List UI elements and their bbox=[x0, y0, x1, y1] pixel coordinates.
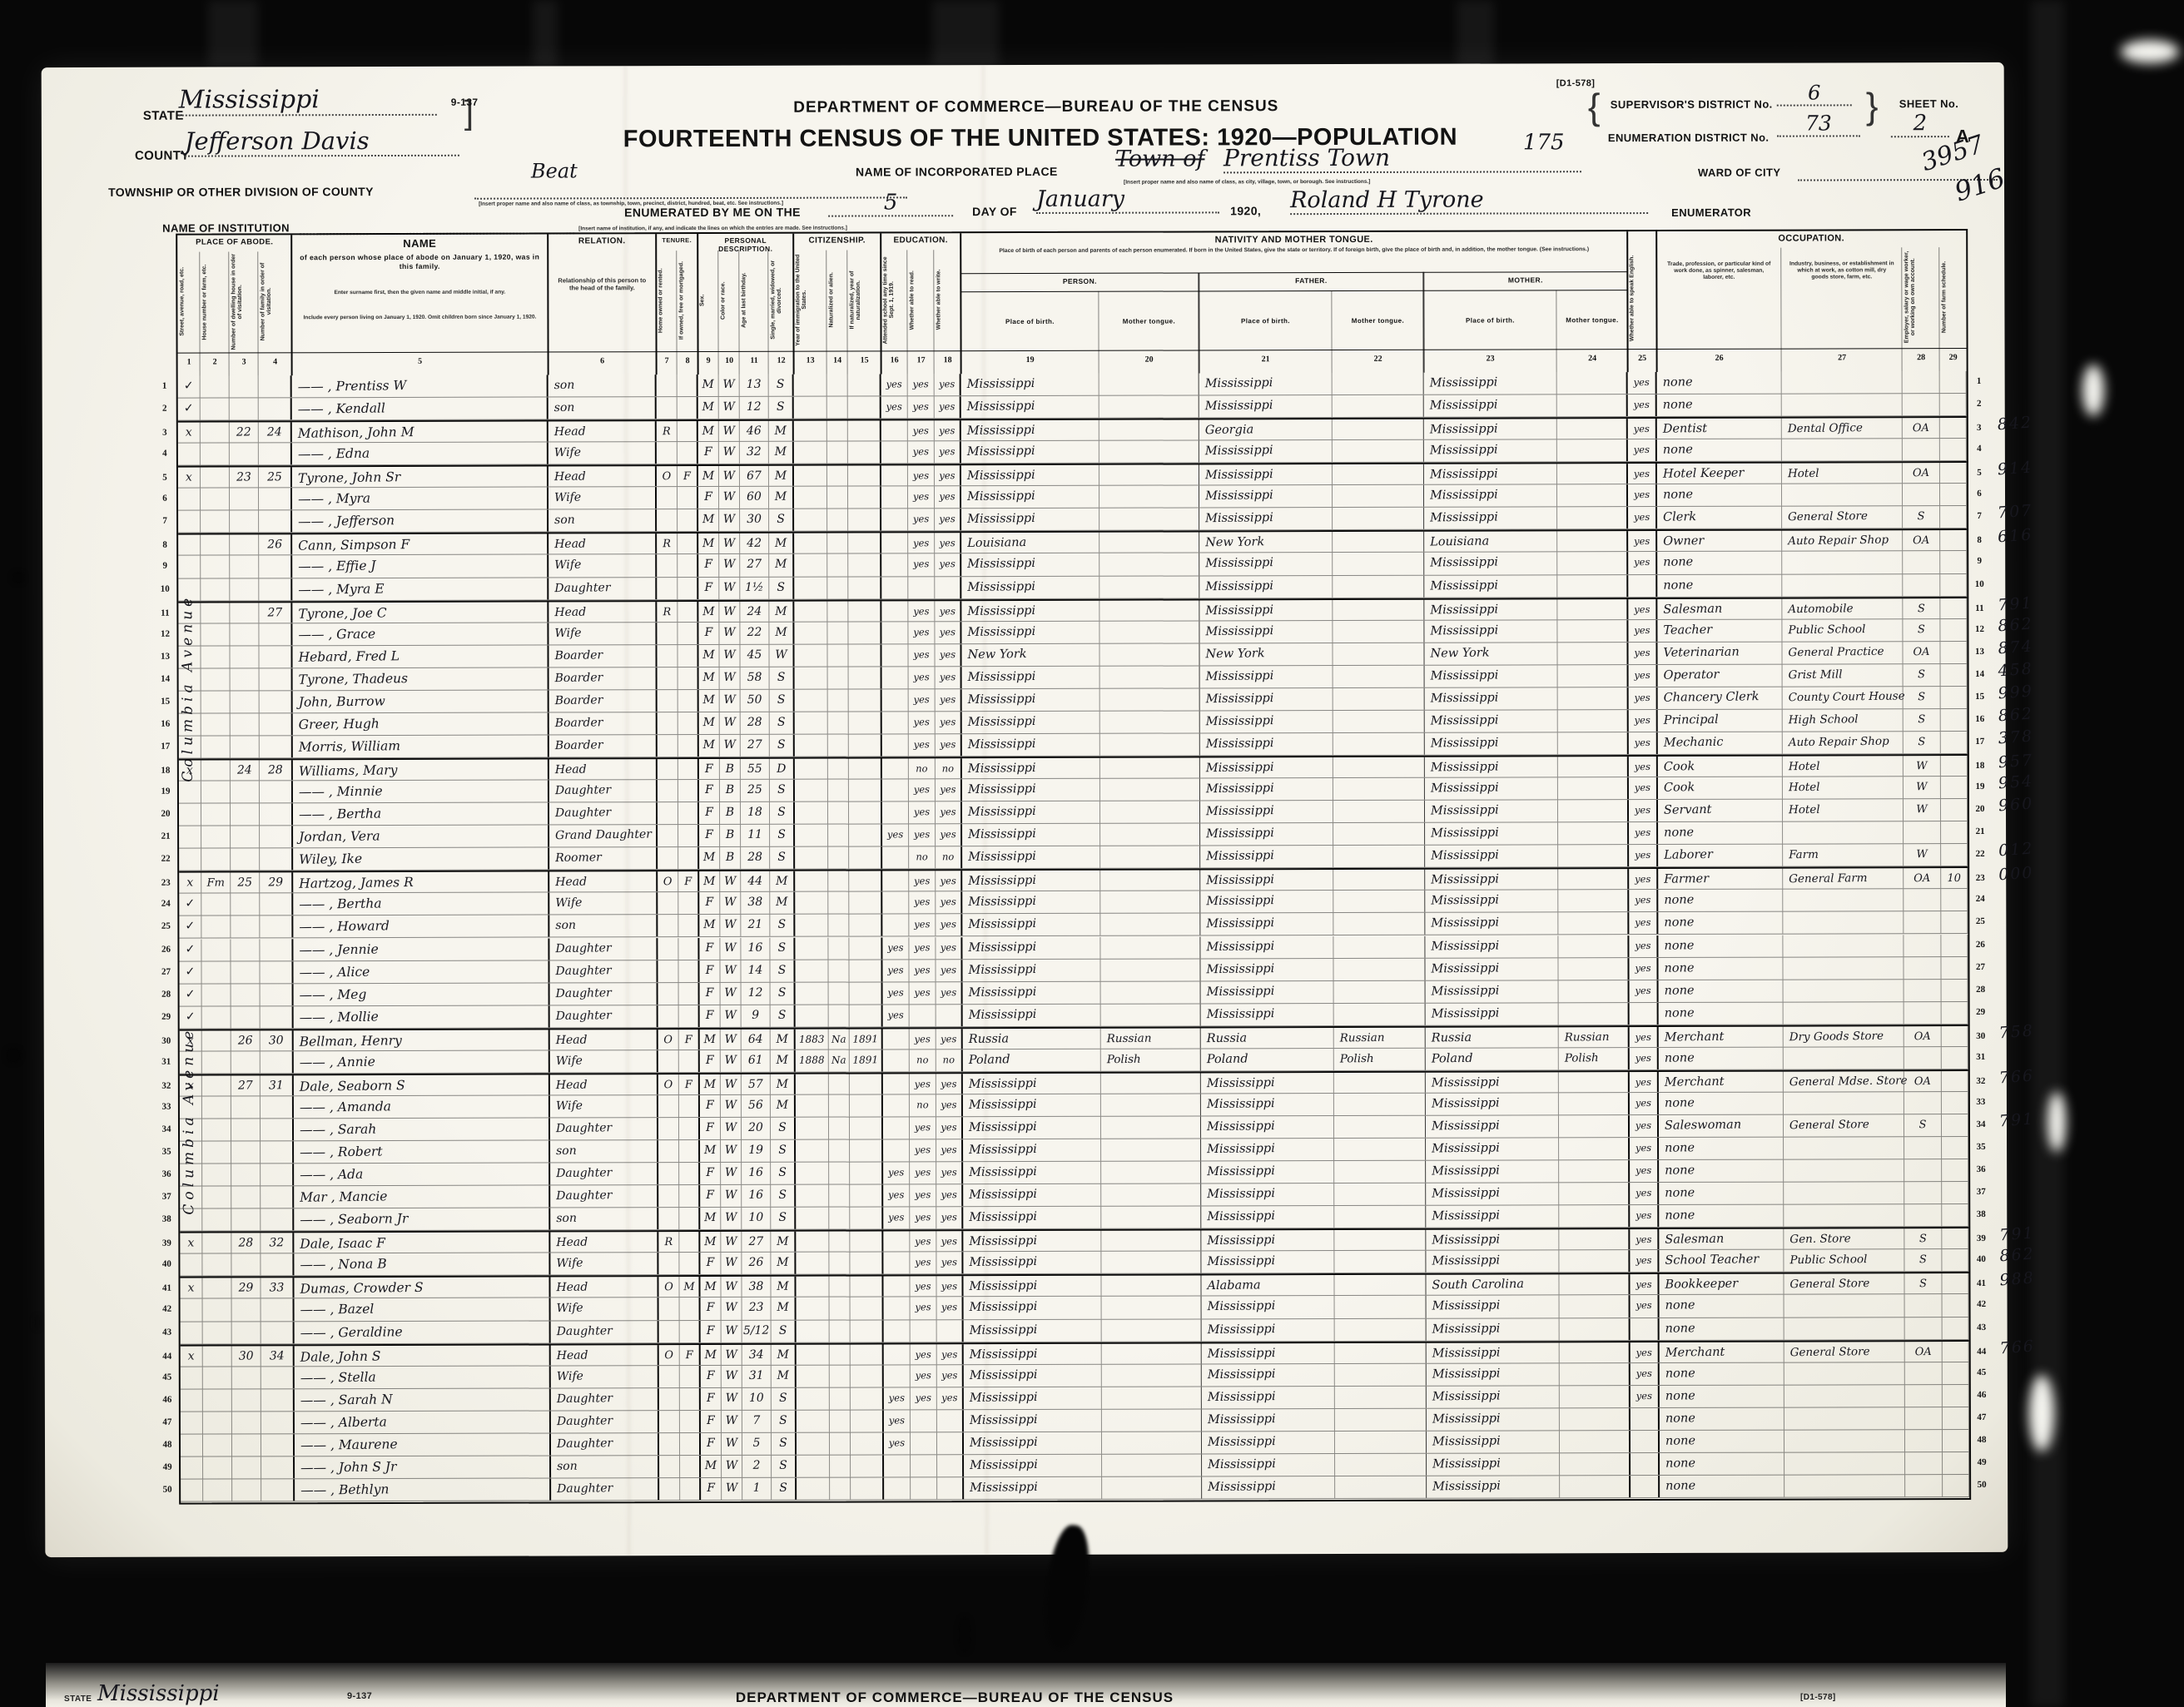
cell-family: 33 bbox=[261, 1278, 294, 1298]
cell-relation: Boarder bbox=[549, 667, 658, 689]
cell-father_tongue bbox=[1334, 1139, 1426, 1160]
film-blob bbox=[2029, 1375, 2054, 1451]
cell-name: Wiley, Ike bbox=[293, 848, 549, 871]
cell-immigration_year bbox=[795, 712, 828, 734]
cell-english: yes bbox=[1628, 484, 1657, 506]
census-sheet: STATE Mississippi COUNTY Jefferson Davis… bbox=[42, 62, 2008, 1557]
cell-dwelling bbox=[230, 511, 259, 533]
cell-occupation: none bbox=[1659, 980, 1784, 1001]
cell-value: yes bbox=[1628, 687, 1655, 708]
row-number-right: 45 bbox=[1972, 1367, 1992, 1377]
cell-naturalized bbox=[828, 667, 849, 688]
cell-person_tongue bbox=[1102, 1432, 1202, 1453]
cell-free_mortgaged bbox=[679, 1095, 700, 1117]
cell-person_tongue bbox=[1102, 1387, 1202, 1408]
cell-school: yes bbox=[883, 982, 910, 1004]
cell-school bbox=[881, 509, 908, 531]
cell-immigration_year bbox=[796, 1232, 829, 1252]
cell-person_birthplace: Mississippi bbox=[963, 1184, 1101, 1206]
cell-father_tongue bbox=[1334, 1230, 1426, 1250]
cell-house bbox=[201, 713, 231, 735]
cell-father_birthplace: Mississippi bbox=[1199, 440, 1333, 462]
cell-value: Greer, Hugh bbox=[293, 712, 548, 736]
cell-value: Mississippi bbox=[1425, 757, 1557, 779]
cell-mother_tongue bbox=[1559, 1072, 1630, 1092]
cell-value: 56 bbox=[742, 1095, 770, 1117]
cell-value: W bbox=[721, 1095, 741, 1116]
cell-industry bbox=[1784, 1047, 1904, 1069]
cell-immigration_year bbox=[794, 466, 827, 486]
cell-value: S bbox=[772, 1455, 795, 1476]
cell-mother_tongue bbox=[1558, 757, 1629, 777]
cell-marital: S bbox=[770, 712, 795, 734]
cell-english: yes bbox=[1631, 1386, 1660, 1407]
cell-marital: S bbox=[770, 847, 795, 869]
cell-mark bbox=[181, 1456, 203, 1478]
row-number-left: 8 bbox=[155, 540, 175, 550]
cell-age: 45 bbox=[740, 645, 769, 667]
cell-value: Mississippi bbox=[1202, 1476, 1334, 1498]
row-number-left: 4 bbox=[155, 449, 175, 459]
column-number: 21 bbox=[1199, 355, 1333, 364]
cell-value: Daughter bbox=[551, 1432, 658, 1455]
cell-father_tongue bbox=[1334, 1116, 1426, 1138]
cell-write: yes bbox=[935, 486, 961, 508]
row-number-right: 19 bbox=[1970, 782, 1990, 791]
cell-farm_schedule bbox=[1940, 506, 1967, 528]
cell-employment: S bbox=[1903, 619, 1940, 641]
cell-value: none bbox=[1658, 956, 1782, 979]
cell-occupation: Cook bbox=[1658, 757, 1783, 777]
cell-marital: S bbox=[771, 1005, 796, 1026]
cell-age: 50 bbox=[741, 690, 770, 712]
column-number: 25 bbox=[1628, 354, 1657, 363]
cell-house bbox=[201, 782, 231, 803]
cell-naturalization_year bbox=[851, 1320, 884, 1342]
cell-house bbox=[203, 1456, 232, 1478]
cell-person_birthplace: Russia bbox=[963, 1028, 1101, 1048]
cell-industry bbox=[1782, 394, 1903, 415]
cell-person_tongue bbox=[1101, 1231, 1201, 1251]
cell-color: W bbox=[720, 915, 741, 936]
cell-value: 31 bbox=[261, 1075, 292, 1097]
row-number-right: 8 bbox=[1969, 535, 1989, 545]
cell-value: S bbox=[1904, 732, 1940, 753]
cell-value: yes bbox=[1631, 1342, 1658, 1362]
cell-father_birthplace: Mississippi bbox=[1201, 1251, 1334, 1273]
cell-write: yes bbox=[936, 982, 963, 1004]
cell-immigration_year bbox=[794, 397, 827, 419]
cell-value: F bbox=[699, 892, 719, 913]
cell-mother_tongue bbox=[1558, 845, 1629, 866]
cell-father_tongue bbox=[1335, 1363, 1427, 1385]
cell-industry: Public School bbox=[1782, 619, 1903, 641]
cell-father_tongue bbox=[1335, 1432, 1427, 1453]
cell-dwelling bbox=[232, 1434, 261, 1456]
cell-mother_birthplace: Mississippi bbox=[1426, 1251, 1559, 1273]
cell-mother_birthplace: Mississippi bbox=[1425, 823, 1558, 845]
cell-free_mortgaged bbox=[680, 1456, 701, 1477]
cell-naturalization_year bbox=[849, 667, 882, 688]
cell-value: Mississippi bbox=[963, 1073, 1100, 1095]
cell-sex: F bbox=[698, 577, 719, 598]
cell-value: W bbox=[721, 1050, 741, 1071]
cell-value: yes bbox=[909, 779, 935, 800]
cell-name: —— , Minnie bbox=[293, 781, 549, 803]
cell-value: W bbox=[719, 554, 739, 575]
cell-dwelling: 28 bbox=[231, 1233, 261, 1253]
cell-value: S bbox=[771, 1208, 794, 1228]
cell-house bbox=[201, 691, 231, 712]
cell-father_birthplace: Mississippi bbox=[1202, 1364, 1335, 1386]
margin-number: 766 bbox=[1999, 1337, 2036, 1357]
cell-value: S bbox=[1903, 619, 1939, 641]
cell-father_birthplace: Mississippi bbox=[1200, 733, 1333, 755]
cell-read: yes bbox=[910, 1253, 936, 1274]
cell-value: no bbox=[909, 758, 935, 779]
margin-number: 707 bbox=[1997, 502, 2033, 523]
cell-school bbox=[881, 442, 908, 464]
row-number-left: 27 bbox=[156, 966, 176, 976]
cell-mother_tongue bbox=[1557, 439, 1628, 461]
cell-relation: son bbox=[549, 916, 658, 937]
cell-family bbox=[260, 849, 293, 871]
cell-mother_tongue bbox=[1560, 1363, 1631, 1385]
cell-color: W bbox=[721, 1005, 742, 1027]
cell-value: Hotel bbox=[1783, 799, 1903, 821]
cell-school: yes bbox=[881, 396, 908, 418]
cell-naturalization_year bbox=[849, 780, 882, 801]
form-header: STATE Mississippi COUNTY Jefferson Davis… bbox=[42, 62, 2004, 67]
cell-employment: W bbox=[1904, 777, 1941, 798]
row-number-left: 34 bbox=[156, 1124, 176, 1134]
cell-person_tongue bbox=[1099, 600, 1199, 620]
cell-mark: ✓ bbox=[178, 376, 201, 398]
cell-occupation: Dentist bbox=[1657, 419, 1782, 439]
cell-house bbox=[201, 916, 231, 938]
cell-occupation: none bbox=[1658, 822, 1783, 844]
cell-value: W bbox=[719, 644, 739, 665]
department-line: DEPARTMENT OF COMMERCE—BUREAU OF THE CEN… bbox=[558, 97, 1515, 117]
cell-value: yes bbox=[909, 937, 935, 958]
cell-value: Mississippi bbox=[1426, 1138, 1558, 1160]
cell-write: yes bbox=[936, 915, 962, 936]
cell-mother_tongue bbox=[1558, 913, 1629, 935]
cell-value: Mississippi bbox=[962, 846, 1099, 868]
cell-person_tongue bbox=[1102, 1409, 1202, 1431]
cell-value: S bbox=[769, 577, 792, 598]
cell-house bbox=[201, 511, 230, 533]
cell-value: x bbox=[181, 1346, 202, 1367]
cell-family bbox=[259, 578, 292, 600]
row-number-left: 41 bbox=[156, 1283, 176, 1293]
cell-name: —— , Mollie bbox=[294, 1005, 550, 1028]
cell-person_birthplace: Mississippi bbox=[962, 689, 1100, 711]
occupation-note: Trade, profession, or particular kind of… bbox=[1663, 261, 1774, 281]
cell-naturalized bbox=[830, 1298, 851, 1319]
row-number-right: 1 bbox=[1969, 376, 1989, 386]
row-number-right: 16 bbox=[1970, 714, 1990, 724]
cell-value: F bbox=[699, 1005, 719, 1026]
cell-dwelling: 25 bbox=[231, 873, 260, 893]
cell-write: yes bbox=[936, 1184, 963, 1206]
cell-age: 20 bbox=[742, 1118, 771, 1139]
cell-industry bbox=[1784, 1475, 1905, 1496]
margin-number: 791 bbox=[1998, 1109, 2035, 1130]
enumerated-day: 5 bbox=[828, 190, 953, 216]
cell-house bbox=[201, 668, 231, 690]
cell-name: —— , Alberta bbox=[295, 1411, 551, 1433]
cell-industry bbox=[1784, 1204, 1904, 1226]
cell-english: yes bbox=[1629, 757, 1658, 777]
cell-industry: General Mdse. Store bbox=[1784, 1071, 1904, 1091]
cell-value: Mississippi bbox=[964, 1342, 1101, 1365]
cell-naturalization_year bbox=[849, 825, 882, 846]
cell-name: —— , Myra E bbox=[292, 578, 548, 600]
cell-mark: x bbox=[180, 1278, 202, 1298]
cell-value: Daughter bbox=[551, 1410, 658, 1432]
cell-value: M bbox=[770, 871, 793, 892]
cell-read bbox=[911, 1320, 937, 1342]
cell-mother_tongue bbox=[1560, 1318, 1631, 1340]
cell-school: yes bbox=[884, 1410, 911, 1432]
cell-value: yes bbox=[1629, 912, 1656, 933]
cell-marital: S bbox=[772, 1410, 797, 1432]
cell-father_birthplace: Mississippi bbox=[1201, 1139, 1334, 1160]
cell-naturalized bbox=[829, 1232, 850, 1252]
cell-value: Mississippi bbox=[1425, 869, 1557, 891]
cell-value: Mississippi bbox=[961, 599, 1099, 622]
cell-farm_schedule bbox=[1941, 799, 1968, 821]
cell-value: S bbox=[769, 397, 792, 418]
cell-value: Daughter bbox=[549, 960, 656, 982]
cell-write: yes bbox=[936, 801, 962, 823]
cell-value: General Practice bbox=[1782, 641, 1902, 663]
cell-father_birthplace: Mississippi bbox=[1201, 1206, 1334, 1228]
cell-dwelling: 29 bbox=[231, 1278, 261, 1298]
cell-value: Clerk bbox=[1657, 506, 1781, 528]
cell-free_mortgaged bbox=[678, 712, 699, 734]
cell-value: 25 bbox=[259, 467, 290, 489]
cell-sex: F bbox=[699, 780, 720, 801]
cell-mother_tongue bbox=[1558, 732, 1629, 754]
cell-value: Mississippi bbox=[962, 913, 1099, 935]
cell-value: S bbox=[772, 1478, 795, 1499]
cell-house bbox=[202, 984, 231, 1005]
cell-school: yes bbox=[883, 1005, 910, 1026]
film-streak bbox=[2031, 0, 2064, 1707]
cell-family bbox=[261, 1389, 295, 1411]
cell-name: —— , Edna bbox=[292, 443, 548, 465]
cell-naturalized bbox=[829, 1140, 850, 1162]
cell-value: none bbox=[1659, 1159, 1783, 1182]
cell-house bbox=[201, 826, 231, 848]
cell-value: yes bbox=[936, 1094, 961, 1115]
row-number-left: 30 bbox=[156, 1035, 176, 1045]
cell-english: yes bbox=[1628, 599, 1657, 619]
cell-age: 19 bbox=[742, 1140, 771, 1162]
cell-value: Wife bbox=[548, 622, 655, 644]
cell-age: 18 bbox=[741, 802, 770, 824]
cell-value: Mississippi bbox=[963, 1230, 1100, 1253]
cell-immigration_year bbox=[797, 1410, 830, 1432]
row-number-right: 31 bbox=[1971, 1052, 1991, 1062]
column-number: 10 bbox=[719, 356, 740, 365]
cell-person_tongue bbox=[1101, 1116, 1201, 1138]
cell-employment bbox=[1904, 1159, 1942, 1181]
column-number: 18 bbox=[935, 355, 961, 365]
cell-value: Teacher bbox=[1657, 618, 1781, 641]
cell-school bbox=[881, 533, 908, 553]
column-border bbox=[697, 234, 698, 375]
cell-value: —— , Kendall bbox=[292, 396, 547, 420]
cell-write: yes bbox=[936, 712, 962, 733]
cell-age: 22 bbox=[740, 622, 769, 643]
cell-value: Mississippi bbox=[963, 1318, 1100, 1341]
cell-sex: M bbox=[698, 397, 719, 419]
cell-mother_tongue bbox=[1559, 980, 1630, 1002]
cell-sex: F bbox=[701, 1411, 722, 1432]
cell-sex: F bbox=[699, 825, 720, 846]
cell-mark bbox=[179, 849, 201, 871]
cell-value: x bbox=[180, 1030, 201, 1051]
cell-occupation: Owner bbox=[1657, 531, 1782, 551]
cell-value: —— , John S Jr bbox=[295, 1455, 549, 1479]
cell-value: New York bbox=[1199, 643, 1332, 665]
cell-value: W bbox=[721, 1208, 741, 1228]
cell-value: yes bbox=[882, 960, 908, 980]
film-streak bbox=[208, 0, 258, 67]
cell-english: yes bbox=[1629, 845, 1658, 866]
cell-person_birthplace: Mississippi bbox=[962, 779, 1100, 801]
cell-family: 24 bbox=[259, 422, 292, 442]
cell-employment bbox=[1905, 1317, 1943, 1339]
cell-owned_rented bbox=[657, 442, 678, 464]
cell-value: yes bbox=[908, 441, 934, 462]
cell-relation: son bbox=[548, 397, 657, 419]
cell-father_tongue bbox=[1333, 553, 1424, 574]
cell-sex: F bbox=[699, 960, 720, 982]
margin-number: 862 bbox=[1999, 1245, 2036, 1266]
cell-name: —— , Nona B bbox=[294, 1253, 550, 1276]
row-number-right: 13 bbox=[1969, 647, 1989, 657]
cell-mother_tongue bbox=[1557, 575, 1628, 597]
cell-value: 38 bbox=[741, 892, 769, 914]
cell-employment: OA bbox=[1903, 642, 1940, 663]
cell-value: S bbox=[770, 802, 793, 823]
cell-farm_schedule bbox=[1941, 687, 1968, 708]
vertical-column-head: If naturalized, year of naturalization. bbox=[849, 251, 879, 348]
cell-value: S bbox=[770, 712, 793, 732]
cell-owned_rented bbox=[658, 1050, 679, 1072]
cell-father_birthplace: Mississippi bbox=[1200, 936, 1333, 958]
cell-person_birthplace: Mississippi bbox=[961, 621, 1099, 643]
row-number-left: 24 bbox=[156, 899, 176, 909]
cell-school bbox=[882, 758, 909, 778]
cell-mark: x bbox=[178, 468, 201, 488]
cell-immigration_year bbox=[795, 892, 828, 914]
cell-value: 45 bbox=[740, 644, 768, 666]
cell-marital: S bbox=[771, 1185, 796, 1207]
cell-owned_rented bbox=[658, 1140, 679, 1162]
cell-mother_birthplace: Mississippi bbox=[1426, 1230, 1559, 1250]
cell-naturalized: Na bbox=[829, 1050, 850, 1071]
cell-age: 16 bbox=[741, 937, 770, 959]
cell-school bbox=[884, 1344, 911, 1364]
cell-value: Auto Repair Shop bbox=[1782, 530, 1902, 553]
cell-value: Mississippi bbox=[1427, 1475, 1559, 1497]
cell-free_mortgaged bbox=[679, 1163, 700, 1184]
cell-family: 31 bbox=[261, 1075, 294, 1095]
cell-free_mortgaged bbox=[679, 983, 700, 1005]
cell-occupation: none bbox=[1658, 890, 1783, 911]
cell-write: yes bbox=[935, 533, 961, 553]
cell-value: yes bbox=[882, 1005, 908, 1025]
cell-father_tongue bbox=[1333, 599, 1424, 619]
cell-family: 32 bbox=[261, 1233, 294, 1253]
cell-value: Operator bbox=[1657, 664, 1781, 687]
cell-value: Mississippi bbox=[961, 688, 1099, 711]
cell-value: 12 bbox=[740, 397, 768, 419]
cell-write: yes bbox=[936, 1231, 963, 1251]
cell-name: —— , Sarah N bbox=[295, 1388, 551, 1411]
cell-value: W bbox=[721, 1232, 741, 1253]
cell-family bbox=[261, 1479, 295, 1501]
row-number-right: 20 bbox=[1970, 804, 1990, 814]
cell-dwelling bbox=[230, 578, 259, 600]
cell-owned_rented bbox=[657, 555, 678, 577]
birthplace-column-label: Place of birth. bbox=[1423, 316, 1556, 324]
cell-naturalized bbox=[830, 1432, 851, 1454]
cell-immigration_year bbox=[795, 667, 828, 688]
vertical-column-head: Street, avenue, road, etc. bbox=[179, 254, 198, 350]
cell-value: Salesman bbox=[1659, 1228, 1783, 1251]
cell-father_tongue bbox=[1335, 1454, 1427, 1476]
cell-value: 57 bbox=[742, 1074, 770, 1095]
cell-dwelling: 24 bbox=[231, 760, 260, 780]
cell-mark bbox=[181, 1412, 203, 1433]
cell-mother_birthplace: Poland bbox=[1426, 1048, 1559, 1069]
cell-value: yes bbox=[1629, 957, 1656, 978]
cell-value: F bbox=[701, 1388, 721, 1409]
cell-house bbox=[202, 1233, 231, 1253]
cell-house: Fm bbox=[201, 873, 231, 893]
cell-dwelling bbox=[230, 489, 259, 510]
cell-occupation: Saleswoman bbox=[1659, 1115, 1784, 1137]
cell-farm_schedule bbox=[1942, 1159, 1968, 1181]
cell-value: F bbox=[698, 442, 718, 463]
cell-value: —— , Maurene bbox=[295, 1432, 549, 1456]
cell-owned_rented bbox=[658, 802, 678, 824]
row-number-right: 47 bbox=[1972, 1412, 1992, 1422]
cell-industry bbox=[1782, 574, 1903, 596]
cell-immigration_year bbox=[794, 375, 827, 396]
cell-value: 25 bbox=[231, 873, 259, 895]
cell-family bbox=[261, 1051, 294, 1073]
cell-house bbox=[201, 399, 230, 420]
cell-value: Gen. Store bbox=[1784, 1228, 1904, 1251]
cell-occupation: none bbox=[1657, 439, 1782, 461]
cell-farm_schedule bbox=[1940, 598, 1967, 618]
cell-value: John, Burrow bbox=[293, 689, 548, 713]
cell-owned_rented bbox=[658, 892, 678, 914]
cell-house bbox=[202, 1278, 231, 1298]
row-number-right: 35 bbox=[1971, 1142, 1991, 1152]
cell-name: —— , Bertha bbox=[293, 803, 549, 826]
nativity-subgroup-label: PERSON. bbox=[960, 276, 1199, 285]
cell-industry: General Store bbox=[1784, 1342, 1905, 1362]
cell-value: Louisiana bbox=[1424, 531, 1556, 553]
